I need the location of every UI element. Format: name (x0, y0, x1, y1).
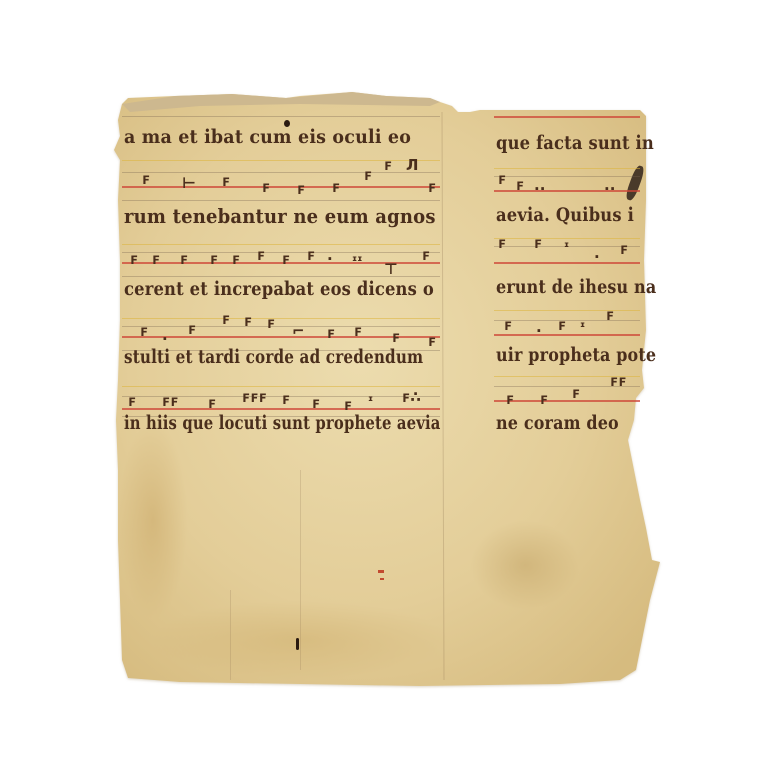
neume: ꜰ (282, 392, 290, 407)
text-line: a ma et ibat cum eis oculi eo (124, 126, 411, 148)
staff-line (494, 262, 640, 264)
neume: ꜰ (312, 396, 320, 411)
neume: ꜰ (540, 392, 548, 407)
neume: ꜰ (392, 330, 400, 345)
staff-line (122, 326, 440, 327)
staff-line (494, 168, 640, 169)
neume: ꜰ (354, 324, 362, 339)
neume: ꜰ (130, 252, 138, 267)
neume: ꜰ (384, 158, 392, 173)
neume: ꜰ (262, 180, 270, 195)
staff-line (122, 386, 440, 387)
worm-hole (296, 638, 299, 650)
crease (300, 470, 301, 670)
neume: ꜰ (428, 334, 436, 349)
neume: ᶦᶦ (352, 254, 362, 269)
neume: ꜰ (232, 252, 240, 267)
neume: ꜰ (128, 394, 136, 409)
neume: ꜰ (428, 180, 436, 195)
neume: ꜰ (307, 248, 315, 263)
neume: ꜰ (534, 236, 542, 251)
neume: ꜰꜰꜰ (242, 390, 267, 405)
neume: ꜰ (140, 324, 148, 339)
staff-line (122, 252, 440, 253)
neume: ꜰ (222, 174, 230, 189)
parchment-sheet (0, 0, 768, 782)
text-line: in hiis que locuti sunt prophete aevia (124, 412, 441, 434)
staff-line (494, 116, 640, 118)
text-span: aevia. Quibus i (496, 204, 634, 226)
text-line: ne coram deo (496, 412, 619, 434)
staff-line (122, 244, 440, 245)
staff-line (122, 200, 440, 201)
red-marks (380, 578, 384, 580)
neume: ꜰ (498, 172, 506, 187)
neume: ꜰ (344, 398, 352, 413)
neume: ꜰ (558, 318, 566, 333)
neume: · (162, 332, 168, 347)
text-line: erunt de ihesu na (496, 276, 656, 298)
neume: ꜰ (180, 252, 188, 267)
text-line: stulti et tardi corde ad credendum (124, 346, 423, 368)
staff-line (494, 310, 640, 311)
neume: ꜰ (267, 316, 275, 331)
staff-line (494, 334, 640, 336)
neume: ꜰ (188, 322, 196, 337)
neume: ꜰꜰ (610, 374, 627, 389)
neume: ꜰ (606, 308, 614, 323)
neume: ꜰ (504, 318, 512, 333)
neume: ꜰ (327, 326, 335, 341)
neume: ꜰ (142, 172, 150, 187)
text-line: uir propheta pote (496, 344, 656, 366)
neume: ꜰ (257, 248, 265, 263)
crease (230, 590, 231, 680)
staff-line (122, 276, 440, 277)
neume: ꜰ (152, 252, 160, 267)
neume: ꜰ (572, 386, 580, 401)
neume: · (594, 250, 600, 265)
neume: ꜰ (222, 312, 230, 327)
neume: ꜰ (620, 242, 628, 257)
neume: Л (406, 158, 418, 173)
staff-line (122, 318, 440, 319)
neume: ꜰꜰ (162, 394, 179, 409)
staff-line (494, 400, 640, 402)
neume: ꜰ (332, 180, 340, 195)
neume: ᶦ (580, 320, 585, 335)
neume: ⊤ (384, 262, 398, 277)
neume: ꜰ (244, 314, 252, 329)
neume: ꜰ (498, 236, 506, 251)
neume: ᶦ (564, 240, 569, 255)
text-line: aevia. Quibus i (496, 204, 634, 226)
neume: · (536, 324, 542, 339)
neume: ⊢ (182, 176, 196, 191)
neume: ·· (604, 182, 615, 197)
neume: ꜰ (364, 168, 372, 183)
staff-line (122, 186, 440, 188)
neume: ⌐ (292, 324, 305, 339)
text-line: cerent et increpabat eos dicens o (124, 278, 434, 300)
staff-line (122, 116, 440, 117)
neume: ꜰ∴ (402, 390, 421, 405)
neume: ꜰ (208, 396, 216, 411)
red-marks (378, 570, 384, 573)
neume: ꜰ (210, 252, 218, 267)
staff-line (494, 320, 640, 321)
neume: ꜰ (422, 248, 430, 263)
neume: ꜰ (506, 392, 514, 407)
manuscript-fragment: a ma et ibat cum eis oculi eo ꜰ ⊢ ꜰ ꜰ ꜰ … (0, 0, 768, 782)
neume: ᶦ (368, 394, 373, 409)
neume: ꜰ (297, 182, 305, 197)
text-line: que facta sunt in (496, 132, 654, 154)
neume: ꜰ (282, 252, 290, 267)
neume: ·· (534, 182, 545, 197)
neume: · (327, 252, 333, 267)
text-line: rum tenebantur ne eum agnos (124, 204, 436, 228)
neume: ꜰ (516, 178, 524, 193)
